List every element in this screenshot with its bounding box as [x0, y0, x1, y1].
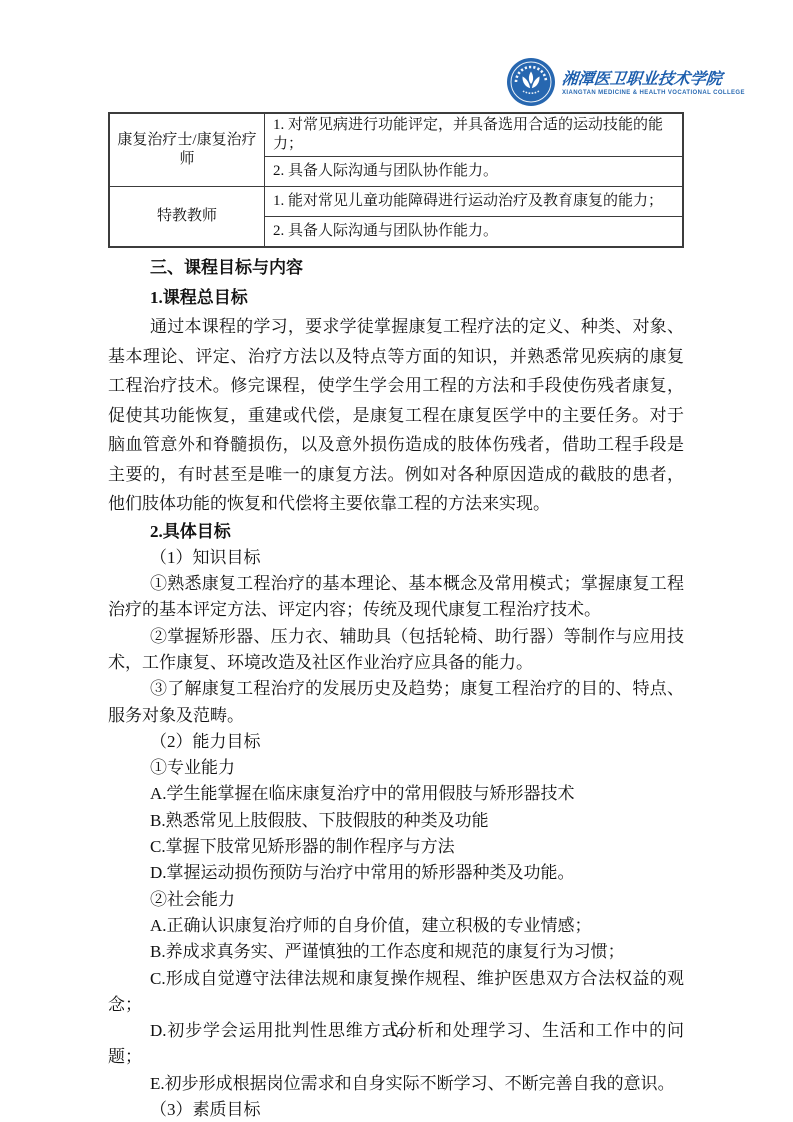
document-page: 湘潭医卫职业技术学院 XIANGTAN MEDICINE & HEALTH VO…	[0, 0, 793, 1122]
professional-ability-item: B.熟悉常见上肢假肢、下肢假肢的种类及功能	[108, 808, 684, 834]
social-ability-item: E.初步形成根据岗位需求和自身实际不断学习、不断完善自我的意识。	[108, 1071, 684, 1097]
quality-objectives-heading: （3）素质目标	[108, 1097, 684, 1122]
knowledge-item: ③了解康复工程治疗的发展历史及趋势；康复工程治疗的目的、特点、服务对象及范畴。	[108, 676, 684, 729]
overall-objective-paragraph: 通过本课程的学习，要求学徒掌握康复工程疗法的定义、种类、对象、基本理论、评定、治…	[108, 312, 684, 519]
role-cell-special-ed-teacher: 特教教师	[109, 187, 265, 248]
professional-ability-item: D.掌握运动损伤预防与治疗中常用的矫形器种类及功能。	[108, 860, 684, 886]
knowledge-objectives-heading: （1）知识目标	[108, 545, 684, 571]
professional-ability-item: C.掌握下肢常见矫形器的制作程序与方法	[108, 834, 684, 860]
competency-cell: 2. 具备人际沟通与团队协作能力。	[265, 217, 684, 248]
college-header: 湘潭医卫职业技术学院 XIANGTAN MEDICINE & HEALTH VO…	[506, 57, 745, 107]
section-heading: 三、课程目标与内容	[108, 253, 684, 283]
knowledge-item: ②掌握矫形器、压力衣、辅助具（包括轮椅、助行器）等制作与应用技术，工作康复、环境…	[108, 624, 684, 677]
professional-ability-item: A.学生能掌握在临床康复治疗中的常用假肢与矫形器技术	[108, 781, 684, 807]
competency-cell: 1. 对常见病进行功能评定，并具备选用合适的运动技能的能力；	[265, 113, 684, 157]
college-name-block: 湘潭医卫职业技术学院 XIANGTAN MEDICINE & HEALTH VO…	[562, 57, 745, 96]
page-number: 14	[0, 1024, 793, 1041]
college-name-zh: 湘潭医卫职业技术学院	[561, 66, 746, 89]
competency-cell: 1. 能对常见儿童功能障碍进行运动治疗及教育康复的能力；	[265, 187, 684, 217]
roles-competency-table: 康复治疗士/康复治疗师 1. 对常见病进行功能评定，并具备选用合适的运动技能的能…	[108, 112, 684, 248]
role-cell-rehab-therapist: 康复治疗士/康复治疗师	[109, 113, 265, 187]
social-ability-heading: ②社会能力	[108, 887, 684, 913]
social-ability-item: C.形成自觉遵守法律法规和康复操作规程、维护医患双方合法权益的观念；	[108, 966, 684, 1019]
college-name-en: XIANGTAN MEDICINE & HEALTH VOCATIONAL CO…	[562, 90, 745, 96]
social-ability-item: B.养成求真务实、严谨慎独的工作态度和规范的康复行为习惯；	[108, 939, 684, 965]
section-course-objectives: 三、课程目标与内容 1.课程总目标 通过本课程的学习，要求学徒掌握康复工程疗法的…	[108, 253, 684, 519]
ability-objectives-heading: （2）能力目标	[108, 729, 684, 755]
college-logo-icon	[506, 57, 556, 107]
specific-objectives-heading: 2.具体目标	[108, 519, 684, 545]
overall-objective-heading: 1.课程总目标	[108, 283, 684, 313]
social-ability-item: A.正确认识康复治疗师的自身价值，建立积极的专业情感；	[108, 913, 684, 939]
knowledge-item: ①熟悉康复工程治疗的基本理论、基本概念及常用模式；掌握康复工程治疗的基本评定方法…	[108, 571, 684, 624]
table-row: 康复治疗士/康复治疗师 1. 对常见病进行功能评定，并具备选用合适的运动技能的能…	[109, 113, 683, 157]
professional-ability-heading: ①专业能力	[108, 755, 684, 781]
competency-cell: 2. 具备人际沟通与团队协作能力。	[265, 157, 684, 187]
table-row: 特教教师 1. 能对常见儿童功能障碍进行运动治疗及教育康复的能力；	[109, 187, 683, 217]
content-column: 康复治疗士/康复治疗师 1. 对常见病进行功能评定，并具备选用合适的运动技能的能…	[108, 112, 684, 1122]
